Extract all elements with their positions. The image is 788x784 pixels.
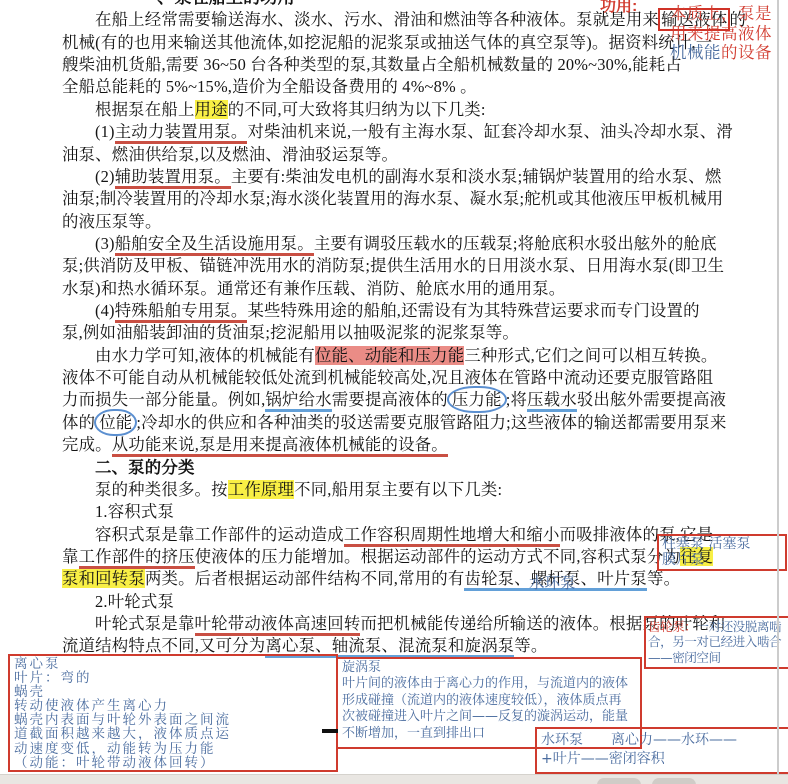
text-segment-bl: 叶片间的液体由于离心力的作用，与流道内的液体 [342, 676, 628, 691]
text-line: 根据泵在船上用途的不同,可大致将其归纳为以下几类: [62, 99, 776, 121]
annotation-box-gear-pump: 齿轮泵：一对还没脱离啮合，另一对已经进入啮合——密闭空间 [644, 616, 788, 669]
text-segment-n: 完成。 [62, 435, 112, 454]
page-edge-divider [777, 0, 779, 774]
text-segment-n: 等。 [647, 569, 680, 588]
text-segment-n: 艘柴油机货船,需要 36~50 台各种类型的泵,其数量占全船机械数量的 20%~… [62, 55, 682, 74]
annotation-label-water-ring: 水环泵 [529, 571, 576, 593]
text-line: 离心泵 [14, 657, 332, 671]
text-segment-bl: 形成碰撞（流道内的液体速度较低），液体质点再 [342, 693, 622, 708]
text-line: 叶片间的液体由于离心力的作用，与流道内的液体 [342, 676, 636, 692]
text-line: 动速度变低，动能转为压力能 [14, 742, 332, 756]
text-segment-n: 机械(有的也用来输送其他流体,如挖泥船的泥浆泵或抽送气体的真空泵等)。据资料统计… [62, 33, 712, 52]
text-line: (3)船舶安全及生活设施用泵。主要有调驳压载水的压载泵;将舱底积水驳出舷外的舱底 [62, 233, 776, 255]
text-line: 旋涡泵 [342, 660, 636, 676]
text-segment-yh: 泵和回转泵 [62, 569, 145, 588]
text-segment-ov: 位能 [94, 409, 137, 436]
text-line: 齿轮泵：一对还没脱离啮 [648, 619, 786, 634]
text-segment-bl: 机械能 [670, 44, 721, 62]
text-segment-ru: 特殊船舶专用泵。 [115, 301, 248, 323]
margin-note-top: 功用: [600, 0, 637, 16]
text-segment-r: 功用: [600, 0, 637, 15]
text-segment-bl: 不断增加，一直到排出口 [342, 726, 485, 741]
text-segment-bl: 水环泵 [529, 574, 576, 592]
text-segment-n: 油泵、燃油供给泵,以及燃油、滑油驳运泵等。 [62, 145, 398, 164]
text-line: 1.容积式泵 [62, 501, 776, 523]
text-segment-n: (1) [95, 122, 115, 141]
text-segment-n: 驳出舷外需要提高液 [577, 390, 726, 409]
text-segment-b: 二、泵的分类 [95, 458, 195, 477]
text-line: 泵;供消防及甲板、锚链冲洗用水的消防泵;提供生活用水的日用淡水泵、日用海水泵(即… [62, 255, 776, 277]
text-line: 水泵)和热水循环泵。通常还有兼作压载、消防、舱底水用的通用泵。 [62, 278, 776, 300]
text-segment-bl: 膜片泵 [662, 552, 704, 568]
text-segment-n: (4) [95, 301, 115, 320]
text-line: （动能：叶轮带动液体回转） [14, 756, 332, 770]
text-line: +叶片——密闭容积 [541, 750, 786, 769]
text-segment-n: 根据泵在船上 [95, 100, 195, 119]
text-line: 液体不可能自动从机械能较低处流到机械能较高处,况且液体在管路中流动还要克服管路阻 [62, 367, 776, 389]
text-segment-n: 1.容积式泵 [95, 502, 174, 521]
text-segment-bu: 压载水 [527, 390, 577, 412]
text-line: 道截面积越来越大，液体质点运 [14, 727, 332, 741]
text-line: 油泵;制冷装置用的冷却水泵;海水淡化装置用的海水泵、凝水泵;舵机或其他液压甲板机… [62, 188, 776, 210]
text-segment-n: 需要提高液体的 [332, 390, 448, 409]
annotation-box-piston-types: 柱塞泵 活塞泵膜片泵 [657, 534, 787, 571]
text-line: ——密闭空间 [648, 650, 786, 665]
text-line: 叶片：弯的 [14, 671, 332, 685]
document-page: 一、泵在船上的功用在船上经常需要输送海水、淡水、污水、滑油和燃油等各种液体。泵就… [0, 0, 788, 784]
text-segment-n: ;冷却水的供应和各种油类的驳送需要克服管路阻力;这些液体的输送都需要用泵来 [136, 413, 726, 432]
text-segment-ru: 主动力装置用泵。 [115, 122, 248, 144]
text-segment-yh: 工作原理 [228, 480, 294, 499]
text-line: 二、泵的分类 [62, 457, 776, 479]
text-line: 本质上，泵是 [670, 5, 788, 25]
text-segment-n: 在船上经常需要输送海水、淡水、污水、滑油和燃油等各种液体。泵就是用来 [95, 10, 659, 29]
text-line: 由水力学可知,液体的机械能有位能、动能和压力能三种形式,它们之间可以相互转换。 [62, 345, 776, 367]
text-segment-ph: 位能、动能和压力能 [315, 346, 464, 365]
text-segment-n: 液体不可能自动从机械能较低处流到机械能较高处,况且液体在管路中流动还要克服管路阻 [62, 368, 713, 387]
text-segment-b: 一、泵在船上的功用 [140, 0, 295, 7]
text-segment-ru: 叶轮带动液体高速回转 [195, 614, 361, 636]
text-segment-bl: 水环泵 离心力——水环—— [541, 732, 737, 748]
toolbar-button-left[interactable] [597, 778, 641, 784]
text-line: (2)辅助装置用泵。主要有:柴油发电机的副海水泵和淡水泵;辅锅炉装置用的给水泵、… [62, 166, 776, 188]
text-segment-n: 容积式泵是靠工作部件的运动造成 [95, 525, 344, 544]
text-segment-bl: 一对还没脱离啮 [696, 619, 781, 634]
text-segment-ru: 从功能来说,泵是用来提高液体机械能的设备。 [112, 435, 448, 457]
text-line: 次被碰撞进入叶片之间——反复的漩涡运动，能量 [342, 709, 636, 725]
text-segment-n: 主要有:柴油发电机的副海水泵和淡水泵;辅锅炉装置用的给水泵、燃 [231, 167, 722, 186]
text-segment-n: 全船总能耗的 5%~15%,造价为全船设备费用的 4%~8% 。 [62, 77, 477, 96]
text-segment-n: 某些特殊用途的船舶,还需设有为其特殊营运要求而专门设置的 [247, 301, 699, 320]
text-segment-ov: 压力能 [447, 386, 507, 413]
text-segment-r: 齿轮泵： [648, 619, 696, 634]
text-line: 形成碰撞（流道内的液体速度较低），液体质点再 [342, 693, 636, 709]
text-line: 机械能的设备 [670, 44, 788, 64]
text-segment-n: 泵的种类很多。按 [95, 480, 228, 499]
text-segment-bl: 柱塞泵 活塞泵 [662, 536, 750, 552]
text-segment-n: 流道结构特点不同,又可分为 [62, 636, 265, 655]
text-segment-n: 2.叶轮式泵 [95, 592, 174, 611]
margin-note-right: 本质上，泵是用来提高液体机械能的设备 [670, 5, 788, 64]
text-line: 泵的种类很多。按工作原理不同,船用泵主要有以下几类: [62, 479, 776, 501]
text-segment-bl: 合，另一对已经进入啮合 [648, 634, 781, 649]
text-line: 力而损失一部分能量。例如,锅炉给水需要提高液体的压力能;将压载水驳出舷外需要提高… [62, 389, 776, 411]
text-segment-n: 油泵;制冷装置用的冷却水泵;海水淡化装置用的海水泵、凝水泵;舵机或其他液压甲板机… [62, 189, 723, 208]
text-segment-n: 对柴油机来说,一般有主海水泵、缸套冷却水泵、油头冷却水泵、滑 [247, 122, 732, 141]
text-line: 合，另一对已经进入啮合 [648, 634, 786, 649]
text-line: 机械(有的也用来输送其他流体,如挖泥船的泥浆泵或抽送气体的真空泵等)。据资料统计… [62, 32, 776, 54]
text-segment-n: 主要有调驳压载水的压载泵;将舱底积水驳出舷外的舱底 [314, 234, 717, 253]
text-segment-bl: 次被碰撞进入叶片之间——反复的漩涡运动，能量 [342, 709, 628, 724]
text-line: 在船上经常需要输送海水、淡水、污水、滑油和燃油等各种液体。泵就是用来输送液体的 [62, 9, 776, 31]
text-segment-n: 泵;供消防及甲板、锚链冲洗用水的消防泵;提供生活用水的日用淡水泵、日用海水泵(即… [62, 256, 724, 275]
text-segment-n: 不同,船用泵主要有以下几类: [294, 480, 502, 499]
text-segment-n: (3) [95, 234, 115, 253]
bottom-toolbar [0, 774, 788, 784]
text-line: (1)主动力装置用泵。对柴油机来说,一般有主海水泵、缸套冷却水泵、油头冷却水泵、… [62, 121, 776, 143]
text-segment-ru: 工作容积周期性地增大和缩小 [344, 525, 560, 547]
text-segment-n: 的液压泵等。 [62, 212, 162, 231]
text-segment-ru: 工作部件的挤压 [79, 547, 195, 569]
text-segment-n: 的不同,可大致将其归纳为以下几类: [228, 100, 486, 119]
text-segment-n: 水泵)和热水循环泵。通常还有兼作压载、消防、舱底水用的通用泵。 [62, 279, 565, 298]
text-segment-n: 体的 [62, 413, 95, 432]
text-segment-n: 叶轮式泵是靠 [95, 614, 195, 633]
text-line: 2.叶轮式泵 [62, 591, 776, 613]
text-line: 水环泵 离心力——水环—— [541, 731, 786, 750]
text-segment-n: 由水力学可知,液体的机械能有 [95, 346, 315, 365]
text-line: 泵和回转泵两类。后者根据运动部件结构不同,常用的有齿轮泵、螺杆泵、叶片泵等。 [62, 568, 776, 590]
annotation-connector-line [322, 729, 338, 733]
text-line: 艘柴油机货船,需要 36~50 台各种类型的泵,其数量占全船机械数量的 20%~… [62, 54, 776, 76]
text-segment-n: ;将 [506, 390, 527, 409]
annotation-box-centrifugal-pump: 离心泵叶片：弯的蜗壳转动使液体产生离心力蜗壳内表面与叶轮外表面之间流道截面积越来… [8, 654, 338, 772]
text-segment-bl: 旋涡泵 [342, 660, 381, 675]
text-segment-n: 等。 [514, 636, 547, 655]
text-segment-r: 用来提高液体 [670, 25, 772, 43]
text-segment-n: 泵,例如油船装卸油的货油泵;挖泥船用以抽吸泥浆的泥浆泵等。 [62, 323, 519, 342]
text-segment-n: (2) [95, 167, 115, 186]
text-segment-n: 力而损失一部分能量。例如, [62, 390, 265, 409]
text-line: 油泵、燃油供给泵,以及燃油、滑油驳运泵等。 [62, 144, 776, 166]
text-segment-n: 使液体的压力能增加。根据运动部件的运动方式不同,容积式泵分为 [195, 547, 680, 566]
text-line: 水环泵 [529, 571, 576, 593]
text-segment-r: 的设备 [721, 44, 772, 62]
text-line: 柱塞泵 活塞泵 [662, 537, 782, 553]
toolbar-button-right[interactable] [652, 778, 696, 784]
text-segment-ru: 船舶安全及生活设施用泵。 [115, 234, 314, 256]
text-line: 的液压泵等。 [62, 211, 776, 233]
text-line: 膜片泵 [662, 553, 782, 569]
text-line: 功用: [600, 0, 637, 16]
text-line: 全船总能耗的 5%~15%,造价为全船设备费用的 4%~8% 。 [62, 76, 776, 98]
text-segment-bu: 锅炉给水 [265, 390, 331, 412]
text-segment-ru: 辅助装置用泵。 [115, 167, 231, 189]
text-segment-bl: ——密闭空间 [648, 650, 721, 665]
text-line: (4)特殊船舶专用泵。某些特殊用途的船舶,还需设有为其特殊营运要求而专门设置的 [62, 300, 776, 322]
text-line: 完成。从功能来说,泵是用来提高液体机械能的设备。 [62, 434, 776, 456]
text-line: 体的位能;冷却水的供应和各种油类的驳送需要克服管路阻力;这些液体的输送都需要用泵… [62, 412, 776, 434]
text-segment-bl: +叶片——密闭容积 [541, 751, 665, 767]
text-segment-n: 靠 [62, 547, 79, 566]
text-segment-yh: 用途 [195, 100, 228, 119]
text-segment-n: 两类。后者根据运动部件结构不同,常用的有 [145, 569, 465, 588]
text-segment-r: 本质上，泵是 [670, 5, 772, 23]
text-line: 用来提高液体 [670, 25, 788, 45]
text-segment-bl: （动能：叶轮带动液体回转） [14, 755, 216, 771]
text-line: 泵,例如油船装卸油的货油泵;挖泥船用以抽吸泥浆的泥浆泵等。 [62, 322, 776, 344]
text-segment-n: 三种形式,它们之间可以相互转换。 [464, 346, 717, 365]
annotation-box-water-ring-pump: 水环泵 离心力——水环——+叶片——密闭容积 [535, 727, 788, 774]
